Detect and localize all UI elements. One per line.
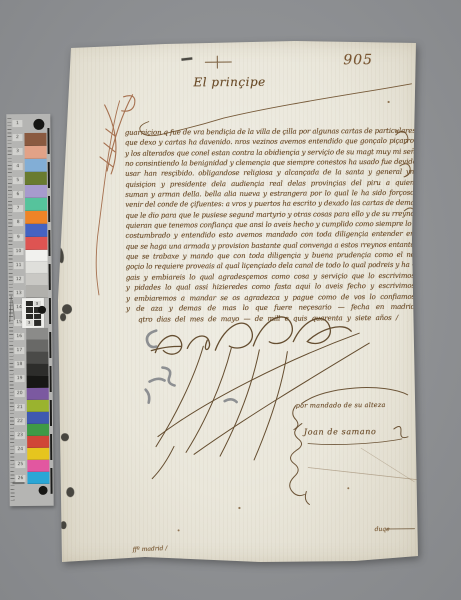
ruler-number: 25 xyxy=(15,461,25,468)
color-patch xyxy=(27,388,49,400)
ruler-number: 21 xyxy=(15,404,25,411)
registration-dot-top xyxy=(33,119,44,130)
color-patch xyxy=(27,460,49,472)
signature-yo-el-principe xyxy=(151,316,370,478)
heading-flourish xyxy=(139,84,411,136)
registration-dot-middle xyxy=(38,306,46,314)
archival-photo: 1234567891011121314151617181920212223242… xyxy=(0,0,461,600)
ruler-number: 4 xyxy=(13,163,23,170)
ruler-number: 12 xyxy=(14,276,24,283)
ruler-number: 24 xyxy=(15,446,25,453)
ink-specks xyxy=(175,101,401,532)
ruler-number: 1 xyxy=(12,120,22,127)
color-patch xyxy=(27,412,49,424)
registration-dot-bottom xyxy=(39,486,48,495)
paper-sheet: 905 El prinçipe guarniçion q fue de vra … xyxy=(55,40,423,565)
ruler-number: 2 xyxy=(12,134,22,141)
top-cross-mark xyxy=(205,56,231,68)
color-patch xyxy=(25,185,47,198)
ruler-number: 11 xyxy=(14,262,24,269)
edge-damage-marks xyxy=(55,57,196,529)
color-patch xyxy=(27,424,49,436)
color-patch xyxy=(27,436,49,448)
gray-scale-light xyxy=(25,250,47,298)
ruler-number: 17 xyxy=(14,347,24,354)
ruler-number: 7 xyxy=(13,205,23,212)
color-patch xyxy=(25,146,47,159)
gray-patch xyxy=(26,352,48,364)
ruler-number: 8 xyxy=(13,219,23,226)
color-calibration-strip: 1234567891011121314151617181920212223242… xyxy=(6,114,53,506)
color-patch xyxy=(25,198,47,211)
paper-crease-lines xyxy=(308,448,418,483)
color-patches-top xyxy=(24,133,47,250)
ruler-number: 3 xyxy=(13,148,23,155)
color-patch xyxy=(25,211,47,224)
left-rubric-flourish xyxy=(95,95,136,295)
secretary-paraph xyxy=(289,387,415,529)
color-patch xyxy=(25,237,47,250)
ruler-number: 5 xyxy=(13,177,23,184)
pencil-marks xyxy=(145,330,237,403)
gray-patch xyxy=(26,328,48,340)
color-patches-bottom xyxy=(27,388,50,484)
card-script-marking xyxy=(13,482,25,484)
margin-curl xyxy=(404,208,415,212)
color-patch xyxy=(25,224,47,237)
margin-curl xyxy=(400,164,410,177)
ruler-number: 23 xyxy=(15,432,25,439)
color-patch xyxy=(27,472,49,484)
label-cell: 3 xyxy=(26,320,33,326)
ruler-number: 18 xyxy=(14,361,24,368)
ruler-number: 22 xyxy=(15,418,25,425)
color-patch xyxy=(25,159,47,172)
ruler-number: 20 xyxy=(15,390,25,397)
color-patch xyxy=(27,448,49,460)
gray-patch xyxy=(25,250,47,262)
color-patch xyxy=(25,172,47,185)
ruler-number: 9 xyxy=(13,234,23,241)
ruler-number: 6 xyxy=(13,191,23,198)
label-cell xyxy=(34,320,41,326)
color-patch xyxy=(24,133,46,146)
margin-curl xyxy=(396,131,408,144)
gray-patch xyxy=(26,274,48,286)
ruler-number: 26 xyxy=(15,475,25,482)
label-cell xyxy=(25,300,32,306)
gray-patch xyxy=(26,364,48,376)
manuscript-page: 905 El prinçipe guarniçion q fue de vra … xyxy=(55,40,423,565)
ruler-number: 10 xyxy=(13,248,23,255)
gray-patch xyxy=(27,376,49,388)
label-cell: 3 xyxy=(33,300,40,306)
gray-patch xyxy=(26,286,48,298)
ruler-number: 16 xyxy=(14,333,24,340)
ink-flourishes xyxy=(53,39,425,567)
label-cell xyxy=(34,313,41,319)
gray-scale-dark xyxy=(26,328,49,388)
color-patch xyxy=(27,400,49,412)
label-cell xyxy=(25,307,32,313)
ruler-number: 19 xyxy=(15,375,25,382)
ruler-number: 13 xyxy=(14,290,24,297)
gray-patch xyxy=(26,262,48,274)
label-cell xyxy=(26,313,33,319)
gray-patch xyxy=(26,340,48,352)
